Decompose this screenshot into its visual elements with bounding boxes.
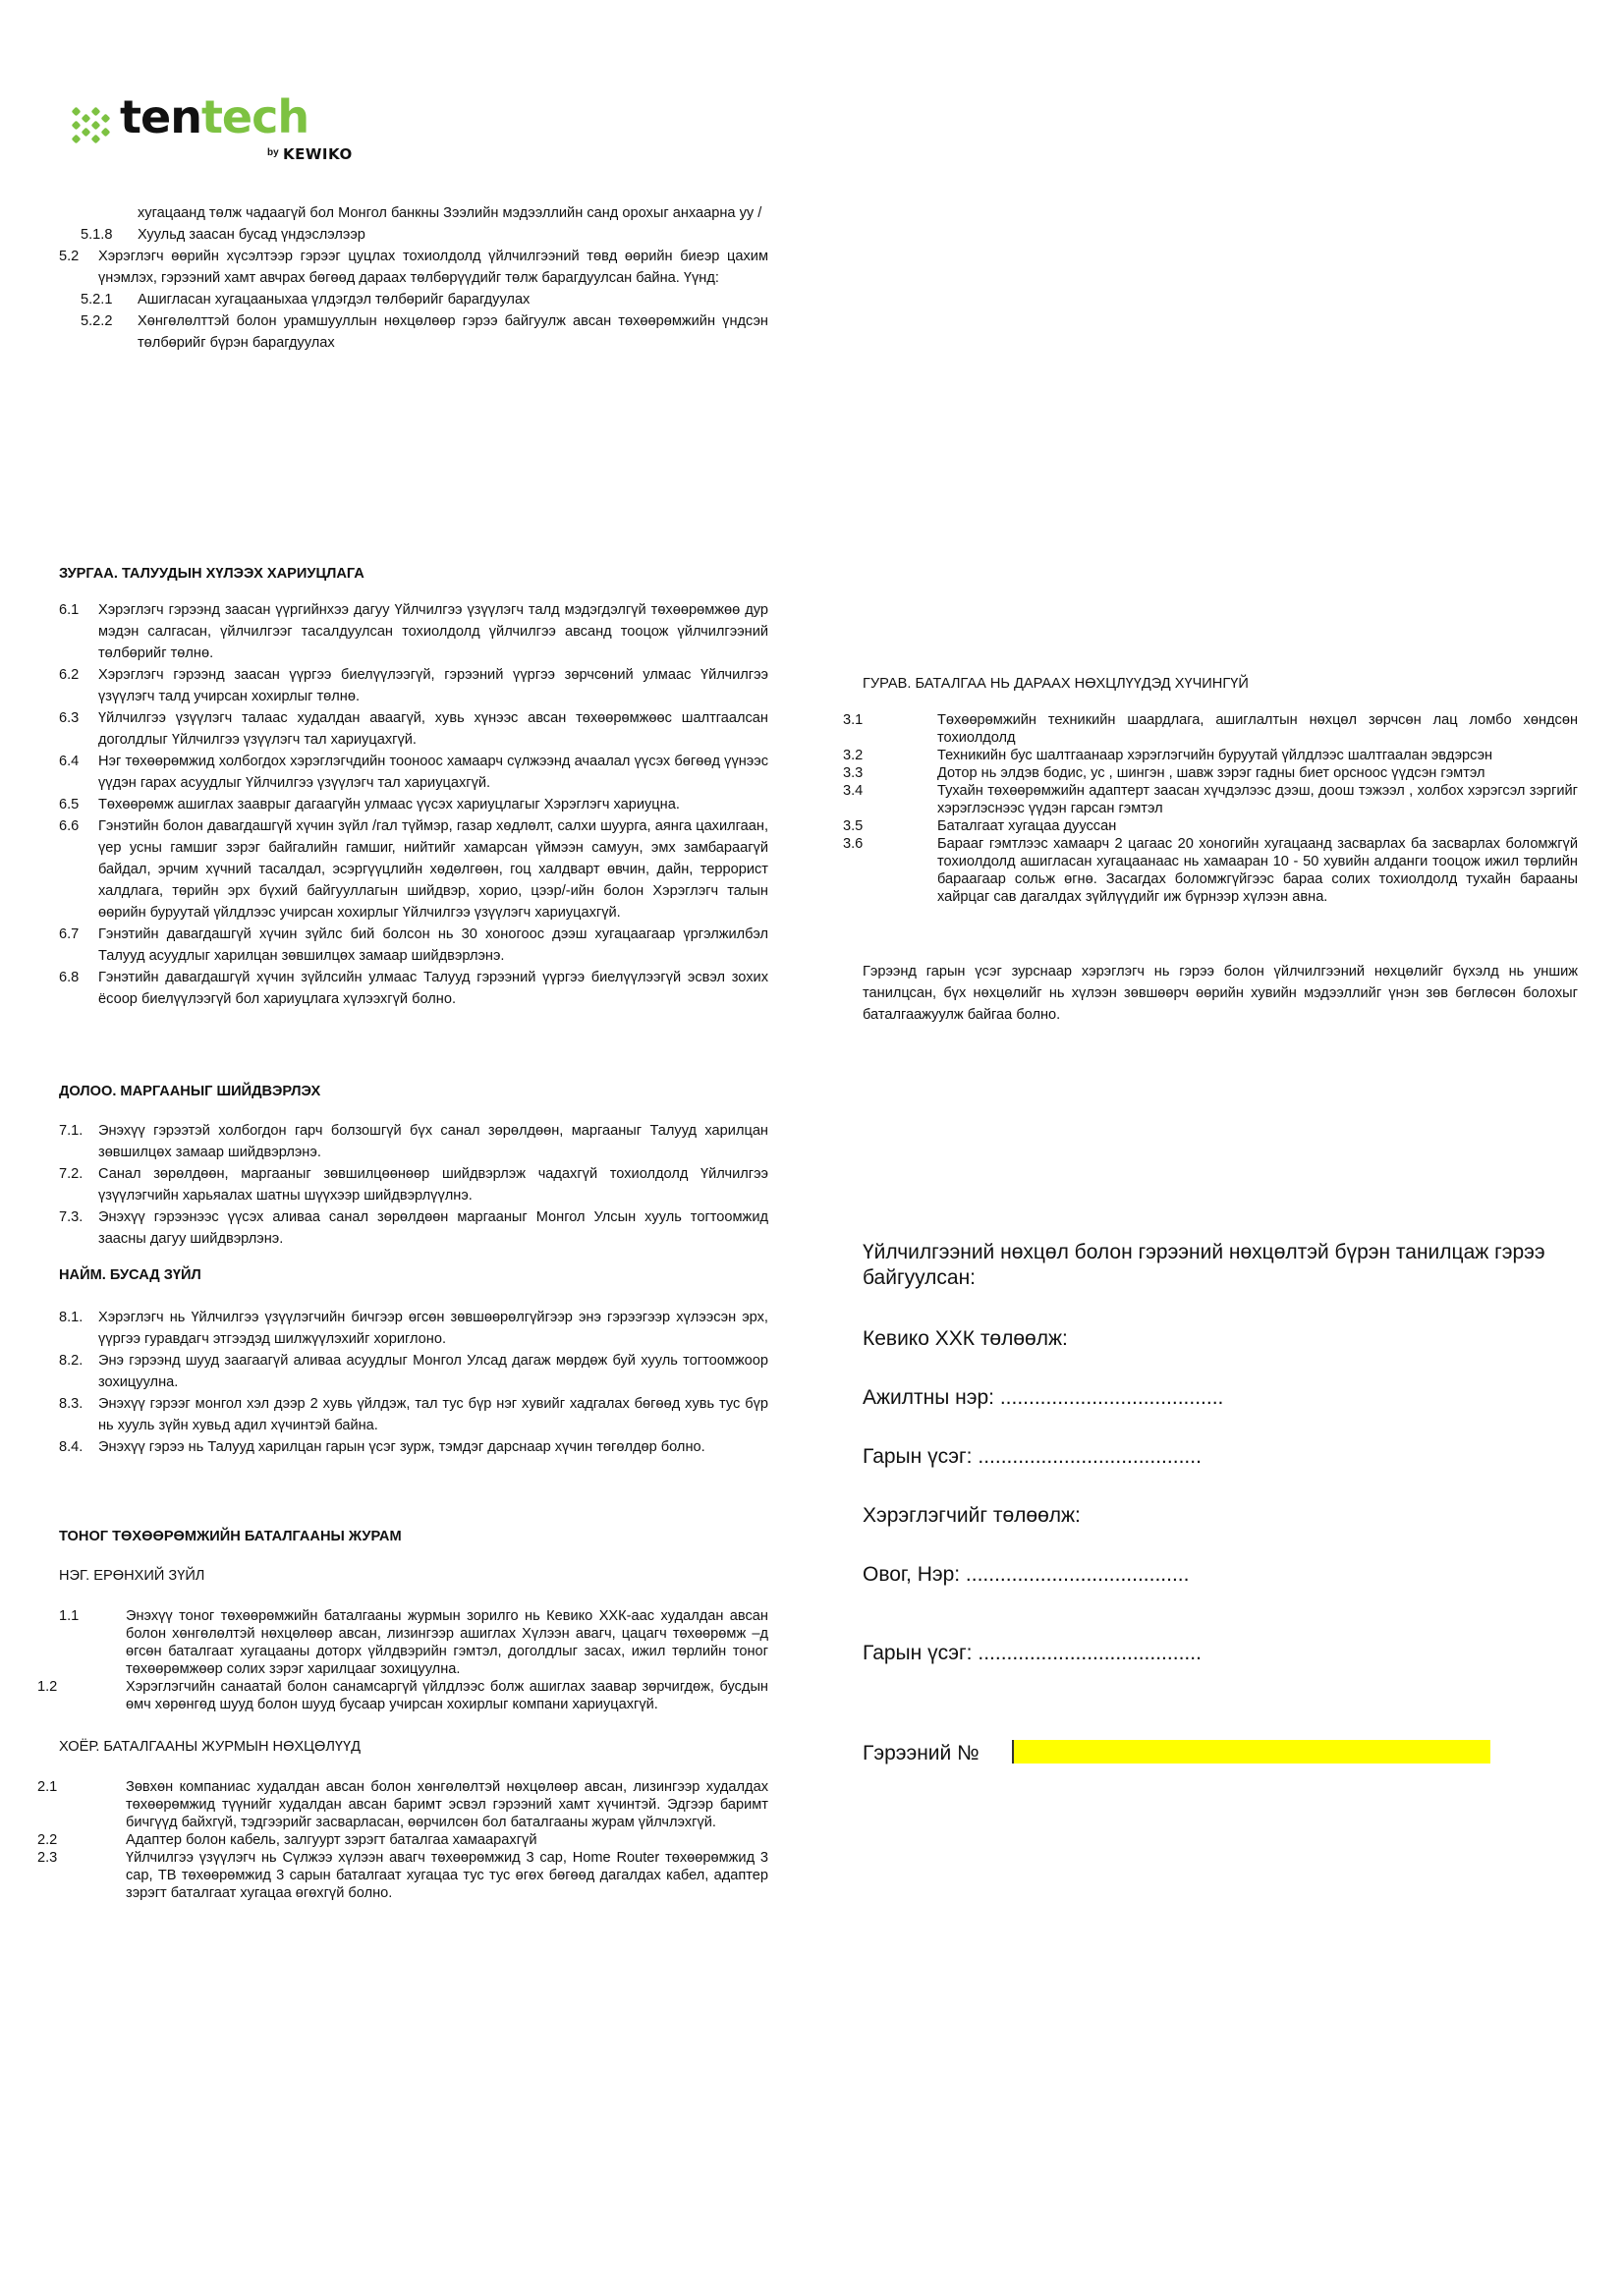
list-item: 3.6Барааг гэмтлээс хамаарч 2 цагаас 20 х… (843, 835, 1578, 906)
list-item: 8.1.Хэрэглэгч нь Үйлчилгээ үзүүлэгчийн б… (59, 1307, 768, 1350)
logo-kewiko: KEWIKO (283, 145, 353, 163)
logo-tech: tech (201, 90, 308, 143)
item-text: Гэнэтийн болон давагдашгүй хүчин зүйл /г… (98, 815, 768, 924)
list-item: 5.2.2 Хөнгөлөлттэй болон урамшууллын нөх… (59, 310, 768, 354)
section5-continuation: хугацаанд төлж чадаагүй бол Монгол банкн… (59, 202, 768, 354)
section7-list: 7.1.Энэхүү гэрээтэй холбогдон гарч болзо… (59, 1120, 768, 1250)
customer-signature-field[interactable]: Гарын үсэг: ............................… (863, 1641, 1202, 1666)
item-number: 6.5 (59, 794, 79, 815)
company-signature-field[interactable]: Гарын үсэг: ............................… (863, 1444, 1202, 1470)
list-item: 5.2 Хэрэглэгч өөрийн хүсэлтээр гэрээг цу… (59, 246, 768, 289)
customer-name-field[interactable]: Овог, Нэр: .............................… (863, 1562, 1189, 1588)
item-text: Ашигласан хугацааныхаа үлдэгдэл төлбөрий… (138, 289, 768, 310)
item-text: Энэхүү гэрээнээс үүсэх аливаа санал зөрө… (98, 1206, 768, 1250)
list-item: 3.4Тухайн төхөөрөмжийн адаптерт заасан х… (843, 782, 1578, 817)
item-text: Энэхүү гэрээ нь Талууд харилцан гарын үс… (98, 1436, 768, 1458)
item-text: Төхөөрөмжийн техникийн шаардлага, ашигла… (937, 711, 1578, 747)
item-number: 2.2 (37, 1831, 57, 1849)
item-text: Энэ гэрээнд шууд заагаагүй аливаа асуудл… (98, 1350, 768, 1393)
item-number: 5.2 (59, 246, 79, 267)
list-item: 3.2Техникийн бус шалтгаанаар хэрэглэгчий… (843, 747, 1578, 764)
item-number: 6.7 (59, 924, 79, 945)
item-number: 7.1. (59, 1120, 83, 1142)
list-item: 7.3.Энэхүү гэрээнээс үүсэх аливаа санал … (59, 1206, 768, 1250)
item-text: Үйлчилгээ үзүүлэгч нь Сүлжээ хүлээн аваг… (126, 1849, 768, 1902)
warranty-part1-title: НЭГ. ЕРӨНХИЙ ЗҮЙЛ (59, 1568, 204, 1584)
list-item: 2.2Адаптер болон кабель, залгуурт зэрэгт… (37, 1831, 768, 1849)
item-number: 1.1 (59, 1607, 79, 1625)
item-text: Хэрэглэгч нь Үйлчилгээ үзүүлэгчийн бичгэ… (98, 1307, 768, 1350)
logo-ten: ten (120, 90, 201, 143)
item-number: 7.2. (59, 1163, 83, 1185)
list-item: 6.4Нэг төхөөрөмжид холбогдох хэрэглэгчди… (59, 751, 768, 794)
list-item: 2.3Үйлчилгээ үзүүлэгч нь Сүлжээ хүлээн а… (37, 1849, 768, 1902)
list-item: 6.6Гэнэтийн болон давагдашгүй хүчин зүйл… (59, 815, 768, 924)
item-number: 6.2 (59, 664, 79, 686)
item-text: Хэрэглэгч өөрийн хүсэлтээр гэрээг цуцлах… (98, 246, 768, 289)
section8-list: 8.1.Хэрэглэгч нь Үйлчилгээ үзүүлэгчийн б… (59, 1307, 768, 1458)
item-number: 3.6 (843, 835, 863, 853)
item-number: 6.1 (59, 599, 79, 621)
list-item: 6.2Хэрэглэгч гэрээнд заасан үүргээ биелү… (59, 664, 768, 707)
logo-by: by (267, 147, 279, 158)
item-number: 6.8 (59, 967, 79, 988)
item-number: 3.4 (843, 782, 863, 800)
item-number: 6.3 (59, 707, 79, 729)
item-text: Зөвхөн компаниас худалдан авсан болон хө… (126, 1778, 768, 1831)
item-number: 8.3. (59, 1393, 83, 1415)
list-item: 6.8Гэнэтийн давагдашгүй хүчин зүйлсийн у… (59, 967, 768, 1010)
contract-no-input[interactable] (1012, 1740, 1490, 1764)
logo-mark-icon (71, 104, 114, 147)
list-item: 7.2.Санал зөрөлдөөн, маргааныг зөвшилцөө… (59, 1163, 768, 1206)
item-text: Хэрэглэгчийн санаатай болон санамсаргүй … (126, 1678, 768, 1713)
list-item: 3.5Баталгаат хугацаа дууссан (843, 817, 1578, 835)
item-text: Гэнэтийн давагдашгүй хүчин зүйлс бий бол… (98, 924, 768, 967)
item-text: Хэрэглэгч гэрээнд заасан үүргийнхээ дагу… (98, 599, 768, 664)
item-text: Энэхүү гэрээг монгол хэл дээр 2 хувь үйл… (98, 1393, 768, 1436)
item-number: 1.2 (37, 1678, 57, 1696)
list-item: 8.4.Энэхүү гэрээ нь Талууд харилцан гары… (59, 1436, 768, 1458)
customer-rep-label: Хэрэглэгчийг төлөөлж: (863, 1503, 1081, 1529)
logo-wordmark: tentech (120, 90, 308, 143)
item-number: 8.4. (59, 1436, 83, 1458)
list-item: 2.1Зөвхөн компаниас худалдан авсан болон… (37, 1778, 768, 1831)
section7-title: ДОЛОО. МАРГААНЫГ ШИЙДВЭРЛЭХ (59, 1084, 768, 1099)
section6-title: ЗУРГАА. ТАЛУУДЫН ХҮЛЭЭХ ХАРИУЦЛАГА (59, 566, 768, 582)
item-text: Адаптер болон кабель, залгуурт зэрэгт ба… (126, 1831, 768, 1849)
list-item: 8.3.Энэхүү гэрээг монгол хэл дээр 2 хувь… (59, 1393, 768, 1436)
item-number: 3.2 (843, 747, 863, 764)
item-text: Барааг гэмтлээс хамаарч 2 цагаас 20 хоно… (937, 835, 1578, 906)
section6-list: 6.1Хэрэглэгч гэрээнд заасан үүргийнхээ д… (59, 599, 768, 1010)
item-text: Санал зөрөлдөөн, маргааныг зөвшилцөөнөөр… (98, 1163, 768, 1206)
item-number: 2.3 (37, 1849, 57, 1867)
warranty-part2-title: ХОЁР. БАТАЛГААНЫ ЖУРМЫН НӨХЦӨЛҮҮД (59, 1739, 361, 1755)
item-text: Энэхүү гэрээтэй холбогдон гарч болзошгүй… (98, 1120, 768, 1163)
contract-no-label: Гэрээний № (863, 1741, 980, 1766)
item-number: 8.2. (59, 1350, 83, 1372)
item-text: Төхөөрөмж ашиглах зааврыг дагаагүйн улма… (98, 794, 768, 815)
employee-name-field[interactable]: Ажилтны нэр: ...........................… (863, 1385, 1223, 1411)
item-text: Дотор нь элдэв бодис, ус , шингэн , шавж… (937, 764, 1578, 782)
item-number: 5.1.8 (81, 224, 112, 246)
list-item: 6.3Үйлчилгээ үзүүлэгч талаас худалдан ав… (59, 707, 768, 751)
item-number: 6.6 (59, 815, 79, 837)
item-number: 8.1. (59, 1307, 83, 1328)
list-item: 1.2Хэрэглэгчийн санаатай болон санамсарг… (37, 1678, 768, 1713)
item-text: Хуульд заасан бусад үндэслэлээр (138, 224, 768, 246)
warranty-part3-title: ГУРАВ. БАТАЛГАА НЬ ДАРААХ НӨХЦЛҮҮДЭД ХҮЧ… (863, 676, 1249, 692)
list-item: 6.1Хэрэглэгч гэрээнд заасан үүргийнхээ д… (59, 599, 768, 664)
list-item: 1.1Энэхүү тоног төхөөрөмжийн баталгааны … (37, 1607, 768, 1678)
warranty-part2-list: 2.1Зөвхөн компаниас худалдан авсан болон… (37, 1778, 768, 1902)
item-number: 7.3. (59, 1206, 83, 1228)
tentech-logo: tentech by KEWIKO (71, 102, 336, 167)
item-number: 3.5 (843, 817, 863, 835)
list-item: 5.2.1 Ашигласан хугацааныхаа үлдэгдэл тө… (59, 289, 768, 310)
warranty-title: ТОНОГ ТӨХӨӨРӨМЖИЙН БАТАЛГААНЫ ЖУРАМ (59, 1529, 402, 1544)
company-rep-label: Кевико ХХК төлөөлж: (863, 1326, 1068, 1352)
item-text: Тухайн төхөөрөмжийн адаптерт заасан хүчд… (937, 782, 1578, 817)
list-item: 3.1Төхөөрөмжийн техникийн шаардлага, аши… (843, 711, 1578, 747)
item-text: Хөнгөлөлттэй болон урамшууллын нөхцөлөөр… (138, 310, 768, 354)
signature-intro: Үйлчилгээний нөхцөл болон гэрээний нөхцө… (863, 1240, 1570, 1291)
item-number: 5.2.1 (81, 289, 112, 310)
acknowledgement-text: Гэрээнд гарын үсэг зурснаар хэрэглэгч нь… (863, 961, 1578, 1026)
item-number: 3.3 (843, 764, 863, 782)
item-text: Баталгаат хугацаа дууссан (937, 817, 1578, 835)
item-text: Техникийн бус шалтгаанаар хэрэглэгчийн б… (937, 747, 1578, 764)
item-number: 2.1 (37, 1778, 57, 1796)
list-item: 3.3Дотор нь элдэв бодис, ус , шингэн , ш… (843, 764, 1578, 782)
item-text: Хэрэглэгч гэрээнд заасан үүргээ биелүүлэ… (98, 664, 768, 707)
item-number: 3.1 (843, 711, 863, 729)
continuation-text: хугацаанд төлж чадаагүй бол Монгол банкн… (59, 202, 768, 224)
list-item: 8.2.Энэ гэрээнд шууд заагаагүй аливаа ас… (59, 1350, 768, 1393)
list-item: 5.1.8 Хуульд заасан бусад үндэслэлээр (59, 224, 768, 246)
item-text: Нэг төхөөрөмжид холбогдох хэрэглэгчдийн … (98, 751, 768, 794)
warranty-part1-list: 1.1Энэхүү тоног төхөөрөмжийн баталгааны … (37, 1607, 768, 1713)
item-number: 5.2.2 (81, 310, 112, 332)
list-item: 6.5Төхөөрөмж ашиглах зааврыг дагаагүйн у… (59, 794, 768, 815)
section8-title: НАЙМ. БУСАД ЗҮЙЛ (59, 1267, 768, 1283)
warranty-part3-list: 3.1Төхөөрөмжийн техникийн шаардлага, аши… (843, 711, 1578, 906)
item-text: Үйлчилгээ үзүүлэгч талаас худалдан авааг… (98, 707, 768, 751)
item-text: Гэнэтийн давагдашгүй хүчин зүйлсийн улма… (98, 967, 768, 1010)
item-text: Энэхүү тоног төхөөрөмжийн баталгааны жур… (126, 1607, 768, 1678)
item-number: 6.4 (59, 751, 79, 772)
list-item: 7.1.Энэхүү гэрээтэй холбогдон гарч болзо… (59, 1120, 768, 1163)
list-item: 6.7Гэнэтийн давагдашгүй хүчин зүйлс бий … (59, 924, 768, 967)
